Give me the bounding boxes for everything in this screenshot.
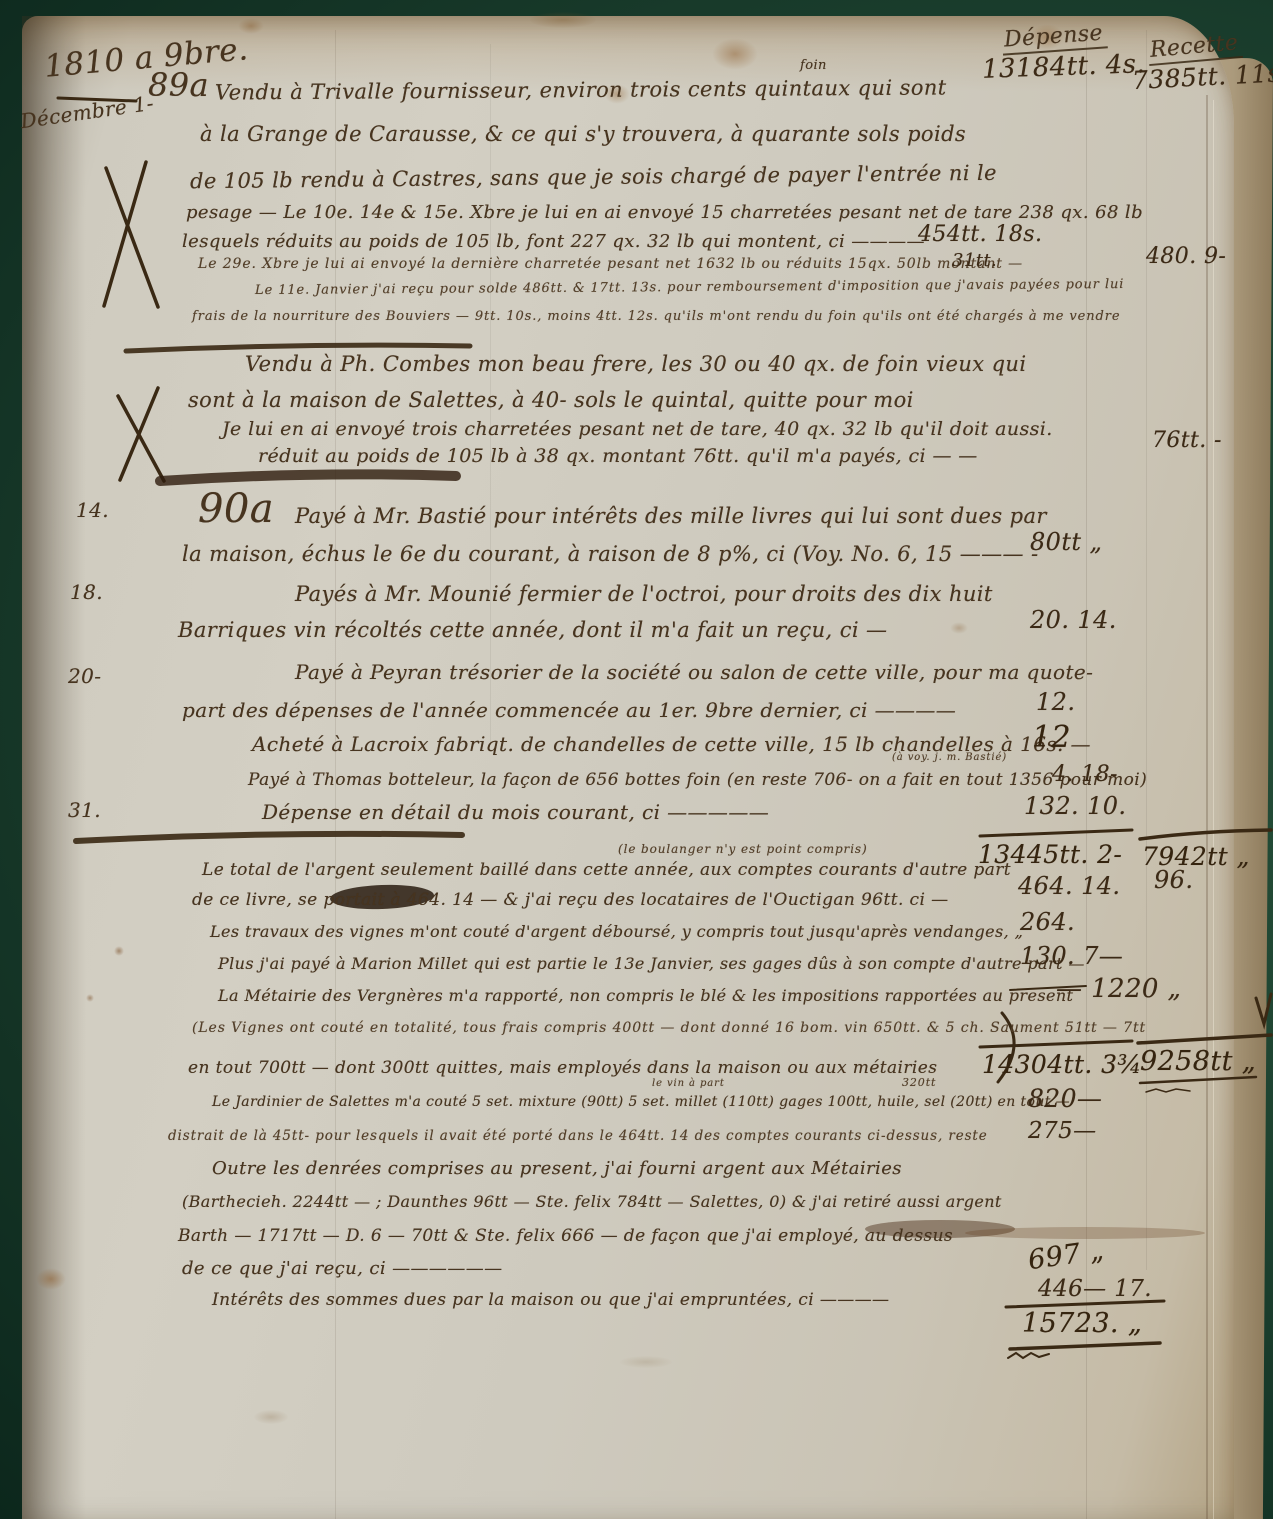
- ledger-line: Payés à Mr. Mounié fermier de l'octroi, …: [295, 582, 993, 606]
- ledger-line: lesquels réduits au poids de 105 lb, fon…: [182, 231, 925, 252]
- total-rule: [1138, 1035, 1271, 1043]
- margin-date: 14.: [76, 498, 109, 522]
- ledger-line: de ce que j'ai reçu, ci ——————: [182, 1258, 503, 1279]
- ledger-line: distrait de là 45tt- pour lesquels il av…: [168, 1128, 988, 1144]
- ledger-line: Dépense en détail du mois courant, ci ——…: [262, 800, 769, 824]
- ledger-line: à la Grange de Carausse, & ce qui s'y tr…: [200, 122, 966, 146]
- ledger-line: Le 29e. Xbre je lui ai envoyé la dernièr…: [198, 256, 1023, 272]
- amount-recette: 96.: [1154, 866, 1193, 894]
- ledger-line: (Barthecieh. 2244tt — ; Daunthes 96tt — …: [182, 1192, 1002, 1211]
- ledger-line: Le total de l'argent seulement baillé da…: [202, 860, 1011, 880]
- amount-depense: 80tt „: [1030, 528, 1102, 556]
- ledger-line: réduit au poids de 105 lb à 38 qx. monta…: [258, 445, 978, 467]
- margin-date: 31.: [68, 798, 101, 822]
- interline-note: (à voy. j. m. Bastié): [892, 752, 1007, 763]
- margin-date: 18.: [70, 580, 103, 604]
- grand-total: 15723. „: [1022, 1308, 1142, 1339]
- amount-depense: 820—: [1028, 1084, 1102, 1113]
- ledger-line: pesage — Le 10e. 14e & 15e. Xbre je lui …: [186, 202, 1143, 223]
- entry-separator-heavy: [160, 474, 456, 481]
- amount-recette: 480. 9-: [1146, 244, 1226, 269]
- amount-depense: 464. 14.: [1018, 872, 1120, 900]
- interline-note: 320tt: [902, 1076, 936, 1089]
- interline-note: le vin à part: [652, 1078, 725, 1089]
- ledger-line: Barriques vin récoltés cette année, dont…: [178, 618, 887, 642]
- margin-date: 20-: [68, 664, 101, 688]
- ledger-line: (Les Vignes ont couté en totalité, tous …: [192, 1020, 1146, 1036]
- ledger-line: Payé à Thomas botteleur, la façon de 656…: [248, 770, 1147, 790]
- ledger-line: de ce livre, se portait à 464. 14 — & j'…: [192, 890, 949, 910]
- x-mark: [106, 168, 158, 307]
- ledger-line: Barth — 1717tt — D. 6 — 70tt & Ste. feli…: [178, 1226, 953, 1246]
- amount-depense: 264.: [1020, 908, 1075, 936]
- depense-carry-forward: 13184tt. 4s.: [982, 49, 1146, 85]
- ledger-line: Payé à Peyran trésorier de la société ou…: [295, 660, 1093, 684]
- interline-note: foin: [800, 58, 827, 73]
- total-depense: 14304tt. 3¾: [982, 1050, 1142, 1079]
- ledger-line: sont à la maison de Salettes, à 40- sols…: [188, 388, 914, 412]
- ledger-line: Plus j'ai payé à Marion Millet qui est p…: [218, 954, 1085, 973]
- ledger-line: Outre les denrées comprises au present, …: [212, 1158, 902, 1179]
- total-recette: 9258tt „: [1140, 1046, 1256, 1077]
- amount-depense: 132. 10.: [1024, 792, 1126, 820]
- grand-total-underline: [1010, 1343, 1160, 1349]
- amount-depense: 275—: [1028, 1118, 1097, 1144]
- amount-recette: — 1220 „: [1056, 974, 1181, 1004]
- ledger-line: en tout 700tt — dont 300tt quittes, mais…: [188, 1058, 937, 1078]
- total-rule: [980, 830, 1132, 836]
- total-underline: [1140, 1077, 1256, 1083]
- ledger-line: La Métairie des Vergnères m'a rapporté, …: [218, 986, 1073, 1005]
- amount-depense: 130. 7—: [1020, 942, 1123, 970]
- ledger-line: Vendu à Ph. Combes mon beau frere, les 3…: [245, 352, 1026, 376]
- entry-number: 89a: [148, 66, 209, 104]
- ledger-line: Les travaux des vignes m'ont couté d'arg…: [210, 922, 1023, 941]
- total-rule: [980, 1041, 1132, 1047]
- total-squiggle: [1146, 1089, 1190, 1092]
- amount-recette: 76tt. -: [1152, 428, 1222, 453]
- amount-depense: 12.: [1036, 688, 1075, 716]
- ledger-line: Le Jardinier de Salettes m'a couté 5 set…: [212, 1094, 1070, 1110]
- amount-depense: 4. 18-: [1052, 762, 1118, 787]
- ledger-line: frais de la nourriture des Bouviers — 9t…: [192, 309, 1120, 324]
- ledger-line: la maison, échus le 6e du courant, à rai…: [182, 542, 1039, 566]
- amount-depense: 446— 17.: [1038, 1276, 1152, 1302]
- grand-total-squiggle: [1008, 1353, 1049, 1358]
- margin-tick: [1256, 994, 1271, 1024]
- total-rule: [1140, 830, 1271, 839]
- amount-depense: 454tt. 18s.: [918, 222, 1042, 247]
- ledger-line: Payé à Mr. Bastié pour intérêts des mill…: [295, 504, 1047, 528]
- ledger-line: Vendu à Trivalle fournisseur, environ tr…: [215, 75, 947, 104]
- entry-separator: [76, 834, 462, 841]
- amount-depense: 12: [1032, 720, 1071, 755]
- amount-depense: 31tt.: [952, 250, 997, 271]
- ledger-line: Je lui en ai envoyé trois charretées pes…: [222, 418, 1053, 440]
- ledger-line: part des dépenses de l'année commencée a…: [182, 698, 956, 722]
- interline-note: (le boulanger n'y est point compris): [618, 842, 868, 856]
- entry-number: 90a: [198, 486, 274, 532]
- amount-depense: 20. 14.: [1030, 606, 1117, 634]
- ledger-line: Intérêts des sommes dues par la maison o…: [212, 1290, 889, 1310]
- entry-separator: [126, 345, 470, 351]
